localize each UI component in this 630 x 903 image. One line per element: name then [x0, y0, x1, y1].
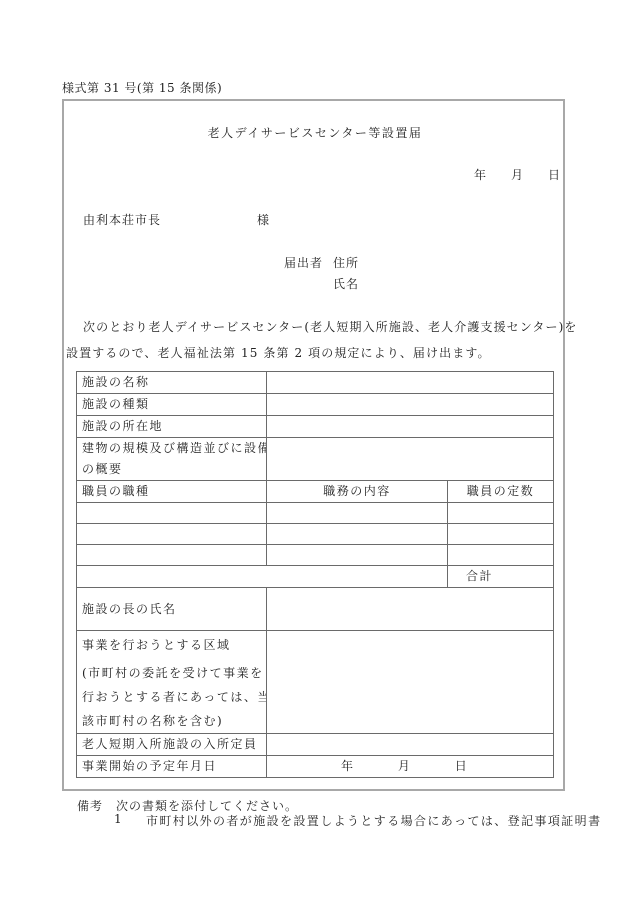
staff-total-label: 合計 [448, 566, 554, 588]
director-name-label: 施設の長の氏名 [77, 588, 267, 631]
remark-item-text: 市町村以外の者が施設を設置しようとする場合にあっては、登記事項証明書 [146, 812, 601, 829]
table-row: 事業を行おうとする区域 (市町村の委託を受けて事業を 行おうとする者にあっては、… [77, 631, 554, 734]
staff-total-row: 合計 [77, 566, 554, 588]
staff-row [77, 545, 554, 566]
building-overview-label-line-2: の概要 [82, 459, 266, 480]
start-date-field[interactable]: 年 月 日 [267, 756, 554, 778]
document-title: 老人デイサービスセンター等設置届 [0, 124, 630, 141]
remark-item-number: 1 [114, 812, 122, 826]
staff-duties-field[interactable] [267, 545, 448, 566]
table-row: 事業開始の予定年月日 年 月 日 [77, 756, 554, 778]
service-region-note-line-2: 行おうとする者にあっては、当 [82, 685, 266, 709]
service-region-label-text: 事業を行おうとする区域 [82, 633, 266, 657]
facility-name-field[interactable] [267, 372, 554, 394]
staff-type-field[interactable] [77, 524, 267, 545]
table-row: 施設の長の氏名 [77, 588, 554, 631]
facility-type-label: 施設の種類 [77, 394, 267, 416]
staff-count-field[interactable] [448, 545, 554, 566]
table-row: 老人短期入所施設の入所定員 [77, 734, 554, 756]
service-region-note-line-1: (市町村の委託を受けて事業を [82, 661, 266, 685]
date-month-label: 月 [511, 166, 523, 183]
start-date-day-label: 日 [455, 756, 469, 777]
facility-location-label: 施設の所在地 [77, 416, 267, 438]
addressee: 由利本荘市長 [83, 211, 161, 228]
honorific: 様 [257, 211, 269, 228]
staff-row [77, 524, 554, 545]
capacity-label: 老人短期入所施設の入所定員 [77, 734, 267, 756]
filer-label: 届出者 [284, 254, 323, 271]
staff-total-spacer [77, 566, 448, 588]
start-date-year-label: 年 [341, 756, 355, 777]
service-region-label: 事業を行おうとする区域 (市町村の委託を受けて事業を 行おうとする者にあっては、… [77, 631, 267, 734]
table-row: 施設の所在地 [77, 416, 554, 438]
filer-name-label: 氏名 [333, 275, 359, 292]
building-overview-field[interactable] [267, 438, 554, 481]
building-overview-label: 建物の規模及び構造並びに設備 の概要 [77, 438, 267, 481]
filer-address-label: 住所 [333, 254, 359, 271]
staff-duties-field[interactable] [267, 524, 448, 545]
facility-type-field[interactable] [267, 394, 554, 416]
body-text-line-1: 次のとおり老人デイサービスセンター(老人短期入所施設、老人介護支援センター)を [83, 318, 577, 335]
table-row: 施設の名称 [77, 372, 554, 394]
form-number: 様式第 31 号(第 15 条関係) [62, 79, 222, 96]
date-day-label: 日 [548, 166, 560, 183]
start-date-month-label: 月 [398, 756, 412, 777]
facility-form-table: 施設の名称 施設の種類 施設の所在地 建物の規模及び構造並びに設備 の概要 職員… [76, 371, 554, 778]
staff-count-field[interactable] [448, 524, 554, 545]
staff-type-header: 職員の職種 [77, 481, 267, 503]
staff-count-field[interactable] [448, 503, 554, 524]
staff-type-field[interactable] [77, 545, 267, 566]
staff-duties-header: 職務の内容 [267, 481, 448, 503]
facility-location-field[interactable] [267, 416, 554, 438]
table-row: 建物の規模及び構造並びに設備 の概要 [77, 438, 554, 481]
staff-header-row: 職員の職種 職務の内容 職員の定数 [77, 481, 554, 503]
start-date-label: 事業開始の予定年月日 [77, 756, 267, 778]
service-region-note-line-3: 該市町村の名称を含む) [82, 709, 266, 733]
building-overview-label-line-1: 建物の規模及び構造並びに設備 [82, 438, 266, 459]
staff-duties-field[interactable] [267, 503, 448, 524]
staff-count-header: 職員の定数 [448, 481, 554, 503]
director-name-field[interactable] [267, 588, 554, 631]
facility-name-label: 施設の名称 [77, 372, 267, 394]
body-text-line-2: 設置するので、老人福祉法第 15 条第 2 項の規定により、届け出ます。 [66, 344, 491, 361]
table-row: 施設の種類 [77, 394, 554, 416]
staff-row [77, 503, 554, 524]
date-year-label: 年 [474, 166, 486, 183]
staff-type-field[interactable] [77, 503, 267, 524]
capacity-field[interactable] [267, 734, 554, 756]
service-region-field[interactable] [267, 631, 554, 734]
